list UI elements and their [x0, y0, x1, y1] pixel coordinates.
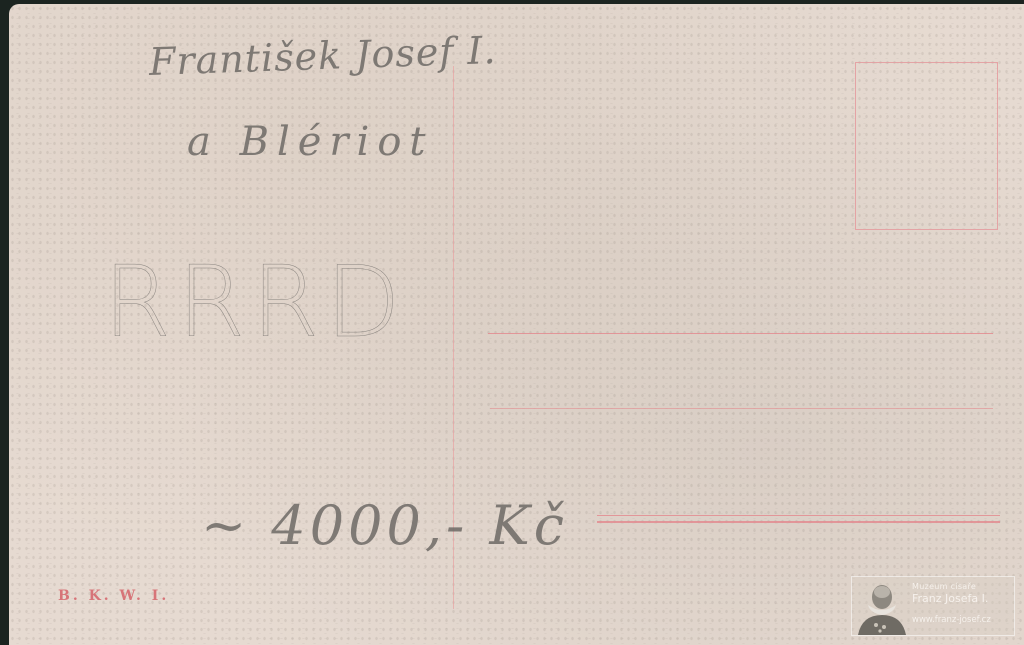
stamp-box	[855, 62, 998, 230]
watermark-line-1: Muzeum císaře	[912, 582, 976, 591]
address-line-2	[490, 408, 993, 409]
handwritten-price: ~ 4000,- Kč	[201, 494, 568, 557]
museum-watermark: Muzeum císaře Franz Josefa I. www.franz-…	[851, 576, 1015, 636]
watermark-url: www.franz-josef.cz	[912, 615, 991, 625]
watermark-line-2: Franz Josefa I.	[912, 592, 988, 605]
address-line-3b	[597, 521, 1000, 523]
handwritten-subtitle: a Blériot	[187, 119, 434, 165]
address-line-1	[488, 333, 993, 334]
publisher-mark: B. K. W. I.	[58, 588, 169, 604]
address-line-3	[597, 515, 1000, 516]
handwritten-rarity-mark: RRRD	[103, 246, 407, 360]
scan-background: František Josef I. a Blériot RRRD ~ 4000…	[0, 0, 1024, 645]
postcard-back: František Josef I. a Blériot RRRD ~ 4000…	[9, 4, 1024, 645]
handwritten-title: František Josef I.	[148, 28, 497, 84]
emperor-portrait-icon	[854, 581, 910, 635]
